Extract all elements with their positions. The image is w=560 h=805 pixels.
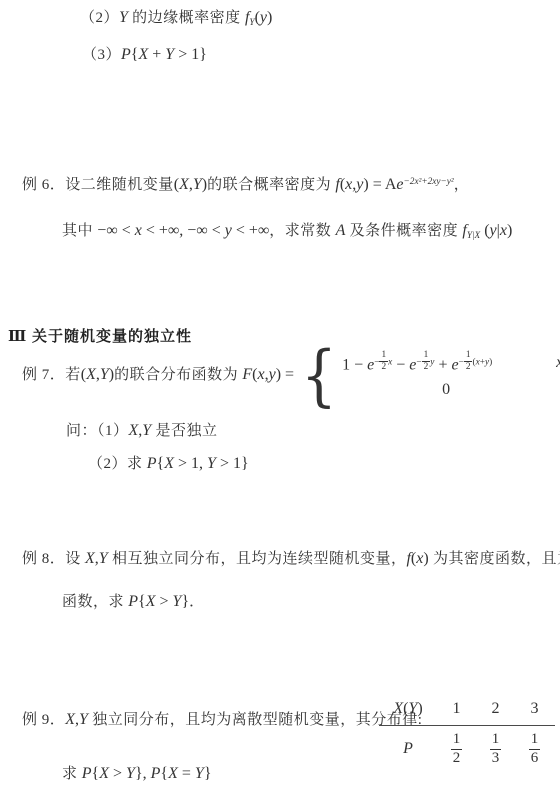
piecewise-case-2: 0 其他	[342, 380, 560, 401]
example-7-prefix: 例 7．若(X,Y)的联合分布函数为 F(x,y) =	[22, 365, 294, 386]
prob-cell-3: 16	[515, 732, 554, 767]
distribution-table-prob-row: P 12 13 16	[379, 732, 555, 767]
section-3-heading: Ⅲ 关于随机变量的独立性	[8, 328, 192, 348]
example-6-line-2: 其中 −∞ < x < +∞, −∞ < y < +∞，求常数 A 及条件概率密…	[62, 221, 512, 242]
header-cell-2: 2	[476, 700, 515, 718]
prob-cell-1: 12	[437, 732, 476, 767]
example-7-question-1: 问：（1）X,Y 是否独立	[66, 421, 217, 442]
example-6-line-1: 例 6．设二维随机变量(X,Y)的联合概率密度为 f(x,y) = Ae−2x²…	[22, 175, 469, 196]
case-2-expression: 0	[342, 380, 550, 401]
case-1-expression: 1 − e−12x − e−12y + e−12(x+y)	[342, 351, 550, 376]
prob-cell-2: 13	[476, 732, 515, 767]
case-2-condition: 其他	[550, 381, 560, 401]
example-7-question-2: （2）求 P{X > 1, Y > 1}	[88, 454, 249, 475]
subitem-3-probability: （3）P{X + Y > 1}	[82, 45, 207, 66]
example-9-line-2: 求 P{X > Y}, P{X = Y}	[62, 764, 212, 785]
piecewise-cases: 1 − e−12x − e−12y + e−12(x+y) x ≥ 0, y ≥…	[342, 351, 560, 401]
distribution-table: X(Y) 1 2 3 P 12 13 16	[379, 700, 555, 767]
example-8-line-1: 例 8．设 X,Y 相互独立同分布，且均为连续型随机变量，f(x) 为其密度函数…	[22, 549, 560, 570]
header-cell-xy: X(Y)	[379, 700, 437, 718]
header-cell-1: 1	[437, 700, 476, 718]
piecewise-case-1: 1 − e−12x − e−12y + e−12(x+y) x ≥ 0, y ≥…	[342, 351, 560, 376]
header-cell-3: 3	[515, 700, 554, 718]
document-page: （2）Y 的边缘概率密度 fY(y) （3）P{X + Y > 1} 例 6．设…	[0, 0, 560, 805]
example-8-line-2: 函数，求 P{X > Y}．	[62, 592, 205, 613]
left-brace-symbol: {	[301, 346, 337, 405]
distribution-table-header: X(Y) 1 2 3	[379, 700, 555, 726]
example-9-line-1: 例 9．X,Y 独立同分布，且均为离散型随机变量，其分布律:	[22, 710, 422, 731]
case-1-condition: x ≥ 0, y ≥ 0	[550, 353, 560, 374]
subitem-2-marginal-density: （2）Y 的边缘概率密度 fY(y)	[80, 8, 272, 29]
prob-cell-label: P	[379, 740, 437, 758]
example-7-line: 例 7．若(X,Y)的联合分布函数为 F(x,y) = { 1 − e−12x …	[22, 346, 560, 405]
